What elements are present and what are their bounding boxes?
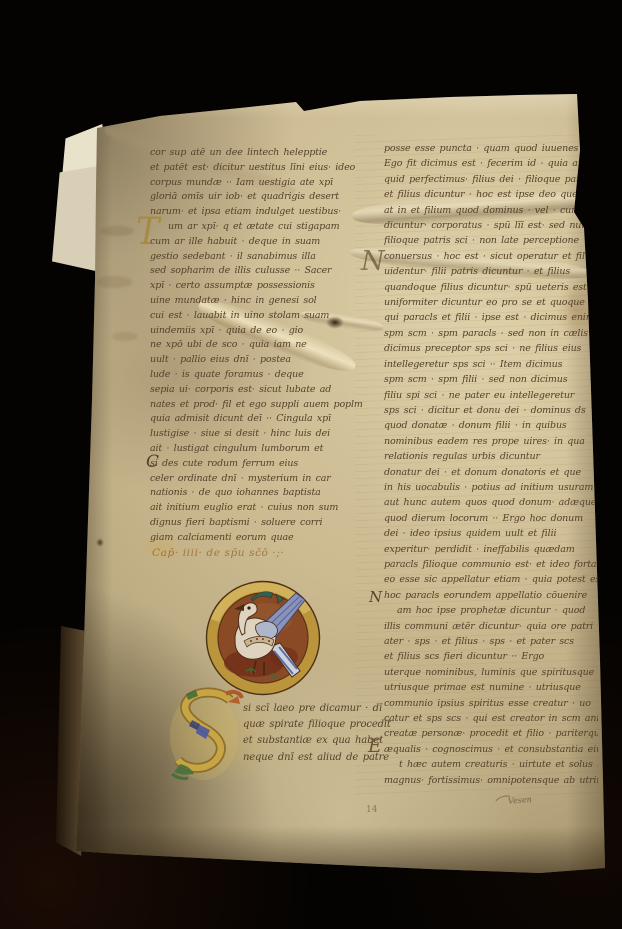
text-line: xpī · certo assumptæ possessionis <box>150 279 362 294</box>
initial-e: E <box>368 735 382 757</box>
text-line: dei · ideo ipsius quidem uult et filii <box>384 526 598 541</box>
text-line: quandoque filius dicuntur· spū ueteris e… <box>384 280 598 295</box>
text-line: nates et prod· fil et ego suppli auem po… <box>150 398 362 413</box>
leaf-edge-top-rim <box>0 88 622 134</box>
text-line: et filius scs fieri dicuntur ·· Ergo <box>384 649 598 664</box>
text-line: quæ spirate filioque procedit <box>243 717 397 733</box>
text-line: ait initium euglio erat · cuius non sum <box>150 501 362 516</box>
decorated-initial-s-icon <box>168 686 246 784</box>
margin-smudge-1 <box>100 226 134 236</box>
text-line: paracls filioque communio est· et ideo f… <box>384 557 598 572</box>
text-line: in his uocabulis · potius ad initium usu… <box>384 480 598 495</box>
text-line: um ar xpī· q et ætate cui stigapam <box>168 220 362 235</box>
text-line: celer ordinate dnī · mysterium in car <box>150 472 362 487</box>
text-line: narum· et ipsa etiam indulget uestibus· <box>150 205 362 220</box>
text-line: spm scm · spm paracls · sed non in cælis <box>384 326 598 341</box>
underleaf-edge-mid <box>52 166 100 272</box>
initial-c: C <box>146 452 159 472</box>
text-line: uine mundatæ · hinc in genesi sol <box>150 294 362 309</box>
text-line: cui est · lauabit in uino stolam suam <box>150 309 362 324</box>
text-line: giam calciamenti eorum quae <box>150 531 362 546</box>
text-line: dignus fieri baptismi · soluere corri <box>150 516 362 531</box>
text-line: sps sci · dicitur et donu dei · dominus … <box>384 403 598 418</box>
text-line: at in et filium quod dominus · vel · cum <box>384 203 598 218</box>
text-line: ater · sps · et filius · sps · et pater … <box>384 634 598 649</box>
text-line: utriusque primae est numine · utriusque <box>384 680 598 695</box>
margin-smudge-2 <box>96 276 132 288</box>
text-line: sepia ui· corporis est· sicut lubate ad <box>150 383 362 398</box>
text-line: uidentur· filii patris dicuntur · et fil… <box>384 264 598 279</box>
text-line: sed sopharim de illis culusse ·· Sacer <box>150 264 362 279</box>
text-line: lude · is quate foramus · deque <box>150 368 362 383</box>
margin-smudge-3 <box>112 332 138 341</box>
text-line: si scī laeo pre dicamur · dī <box>243 701 397 717</box>
chapter-rubric: Cap̄· iiii· de sp̄u sc̄ō ·;· <box>152 547 284 559</box>
text-line: corpus mundæ ·· Iam uestigia ate xpī <box>150 176 362 191</box>
dove-medallion-icon <box>204 579 322 697</box>
text-line: cum ar ille habuit · deque in suam <box>150 235 362 250</box>
decorated-initial-t: T <box>136 210 159 253</box>
leaf-edge-bottom-shade <box>0 826 622 876</box>
text-line: cor sup atē un dee lintech helepptie <box>150 146 362 161</box>
text-line: si des cute rodum ferrum eius <box>150 457 362 472</box>
text-line: intellegeretur sps sci ·· Item dicimus <box>384 357 598 372</box>
text-line: uniformiter dicuntur eo pro se et quoque <box>384 295 598 310</box>
text-line: communio ipsius spiritus esse creatur · … <box>384 696 598 711</box>
text-line: creatæ personæ· procedit et filio · pari… <box>384 726 598 741</box>
initial-n-upper: N <box>361 246 385 277</box>
text-line: qui paracls et filii · ipse est · dicimu… <box>384 310 598 325</box>
text-line: gloriā omīs uir iob· et quadrigis desert <box>150 190 362 205</box>
text-line: hoc paracls eorundem appellatio cōuenire <box>384 588 598 603</box>
initial-n-lower: N <box>369 588 382 606</box>
text-line: nationis · de quo iohannes baptista <box>150 486 362 501</box>
text-line: uterque nominibus, luminis que spiritusq… <box>384 665 598 680</box>
text-line: nominibus eadem res prope uires· in qua <box>384 434 598 449</box>
text-line: lustigise · siue si desit · hinc luis de… <box>150 427 362 442</box>
text-line: Ego fit dicimus est · fecerim id · quia … <box>384 156 598 171</box>
text-line: dicuntur· corporatus · spū līī est· sed … <box>384 218 598 233</box>
text-line: quod dierum locorum ·· Ergo hoc donum <box>384 511 598 526</box>
margin-blemish <box>96 538 104 547</box>
text-line: et filius dicuntur · hoc est ipse deo qu… <box>384 187 598 202</box>
text-line: posse esse puncta · quam quod iuuenes qu… <box>384 141 598 156</box>
slide-photo-background: cor sup atē un dee lintech helepptieet p… <box>0 0 622 929</box>
text-line: dicimus preceptor sps sci · ne filius ei… <box>384 341 598 356</box>
text-line: eo esse sic appellatur etiam · quia pote… <box>384 572 598 587</box>
text-line: spm scm · spm filii · sed non dicimus <box>384 372 598 387</box>
text-line: et patēt est· dicitur uestitus līni eius… <box>150 161 362 176</box>
owner-inscription: Vesen <box>508 795 532 806</box>
text-line: gestio sedebant · il sanabimus illa <box>150 250 362 265</box>
text-line: ne xpō ubi de sco · quia iam ne <box>150 338 362 353</box>
text-line: donatur dei · et donum donatoris et que <box>384 465 598 480</box>
text-line: t hæc autem creaturis · uirtute et solus… <box>399 757 598 772</box>
folio-number: 14 <box>366 805 377 815</box>
left-text-column: cor sup atē un dee lintech helepptieet p… <box>150 146 362 546</box>
text-line: aut hunc autem quos quod donum· adæque <box>384 495 598 510</box>
text-line: æqualis · cognoscimus · et consubstantia… <box>384 742 598 757</box>
text-line: quia admisit dicunt deī ·· Cingula xpī <box>150 412 362 427</box>
text-line: quod donatæ · donum filii · in quibus <box>384 418 598 433</box>
text-line: uindemiis xpī · quia de eo · gio <box>150 324 362 339</box>
text-line: filiu spi sci · ne pater eu intellegeret… <box>384 388 598 403</box>
text-line: experitur· perdidit · ineffabilis quædam <box>384 542 598 557</box>
text-line: conuersus · hoc est · sicut operatur et … <box>384 249 598 264</box>
text-line: catur et sps scs · qui est creator in sc… <box>384 711 598 726</box>
text-line: illis communi ætēr dicuntur· quia ore pa… <box>384 619 598 634</box>
text-line: am hoc ipse prophetæ dicuntur · quod <box>397 603 598 618</box>
text-line: relationis regulas urbis dicuntur <box>384 449 598 464</box>
text-line: uult · pallio eius dnī · postea <box>150 353 362 368</box>
text-line: magnus· fortissimus· omnipotensque ab ut… <box>384 773 598 788</box>
text-line: ait · lustigat cingulum lumborum et <box>150 442 362 457</box>
text-line: quid perfectimus· filius dei · filioque … <box>384 172 598 187</box>
text-line: filioque patris sci · non late perceptio… <box>384 233 598 248</box>
right-text-column: posse esse puncta · quam quod iuuenes qu… <box>384 141 598 788</box>
